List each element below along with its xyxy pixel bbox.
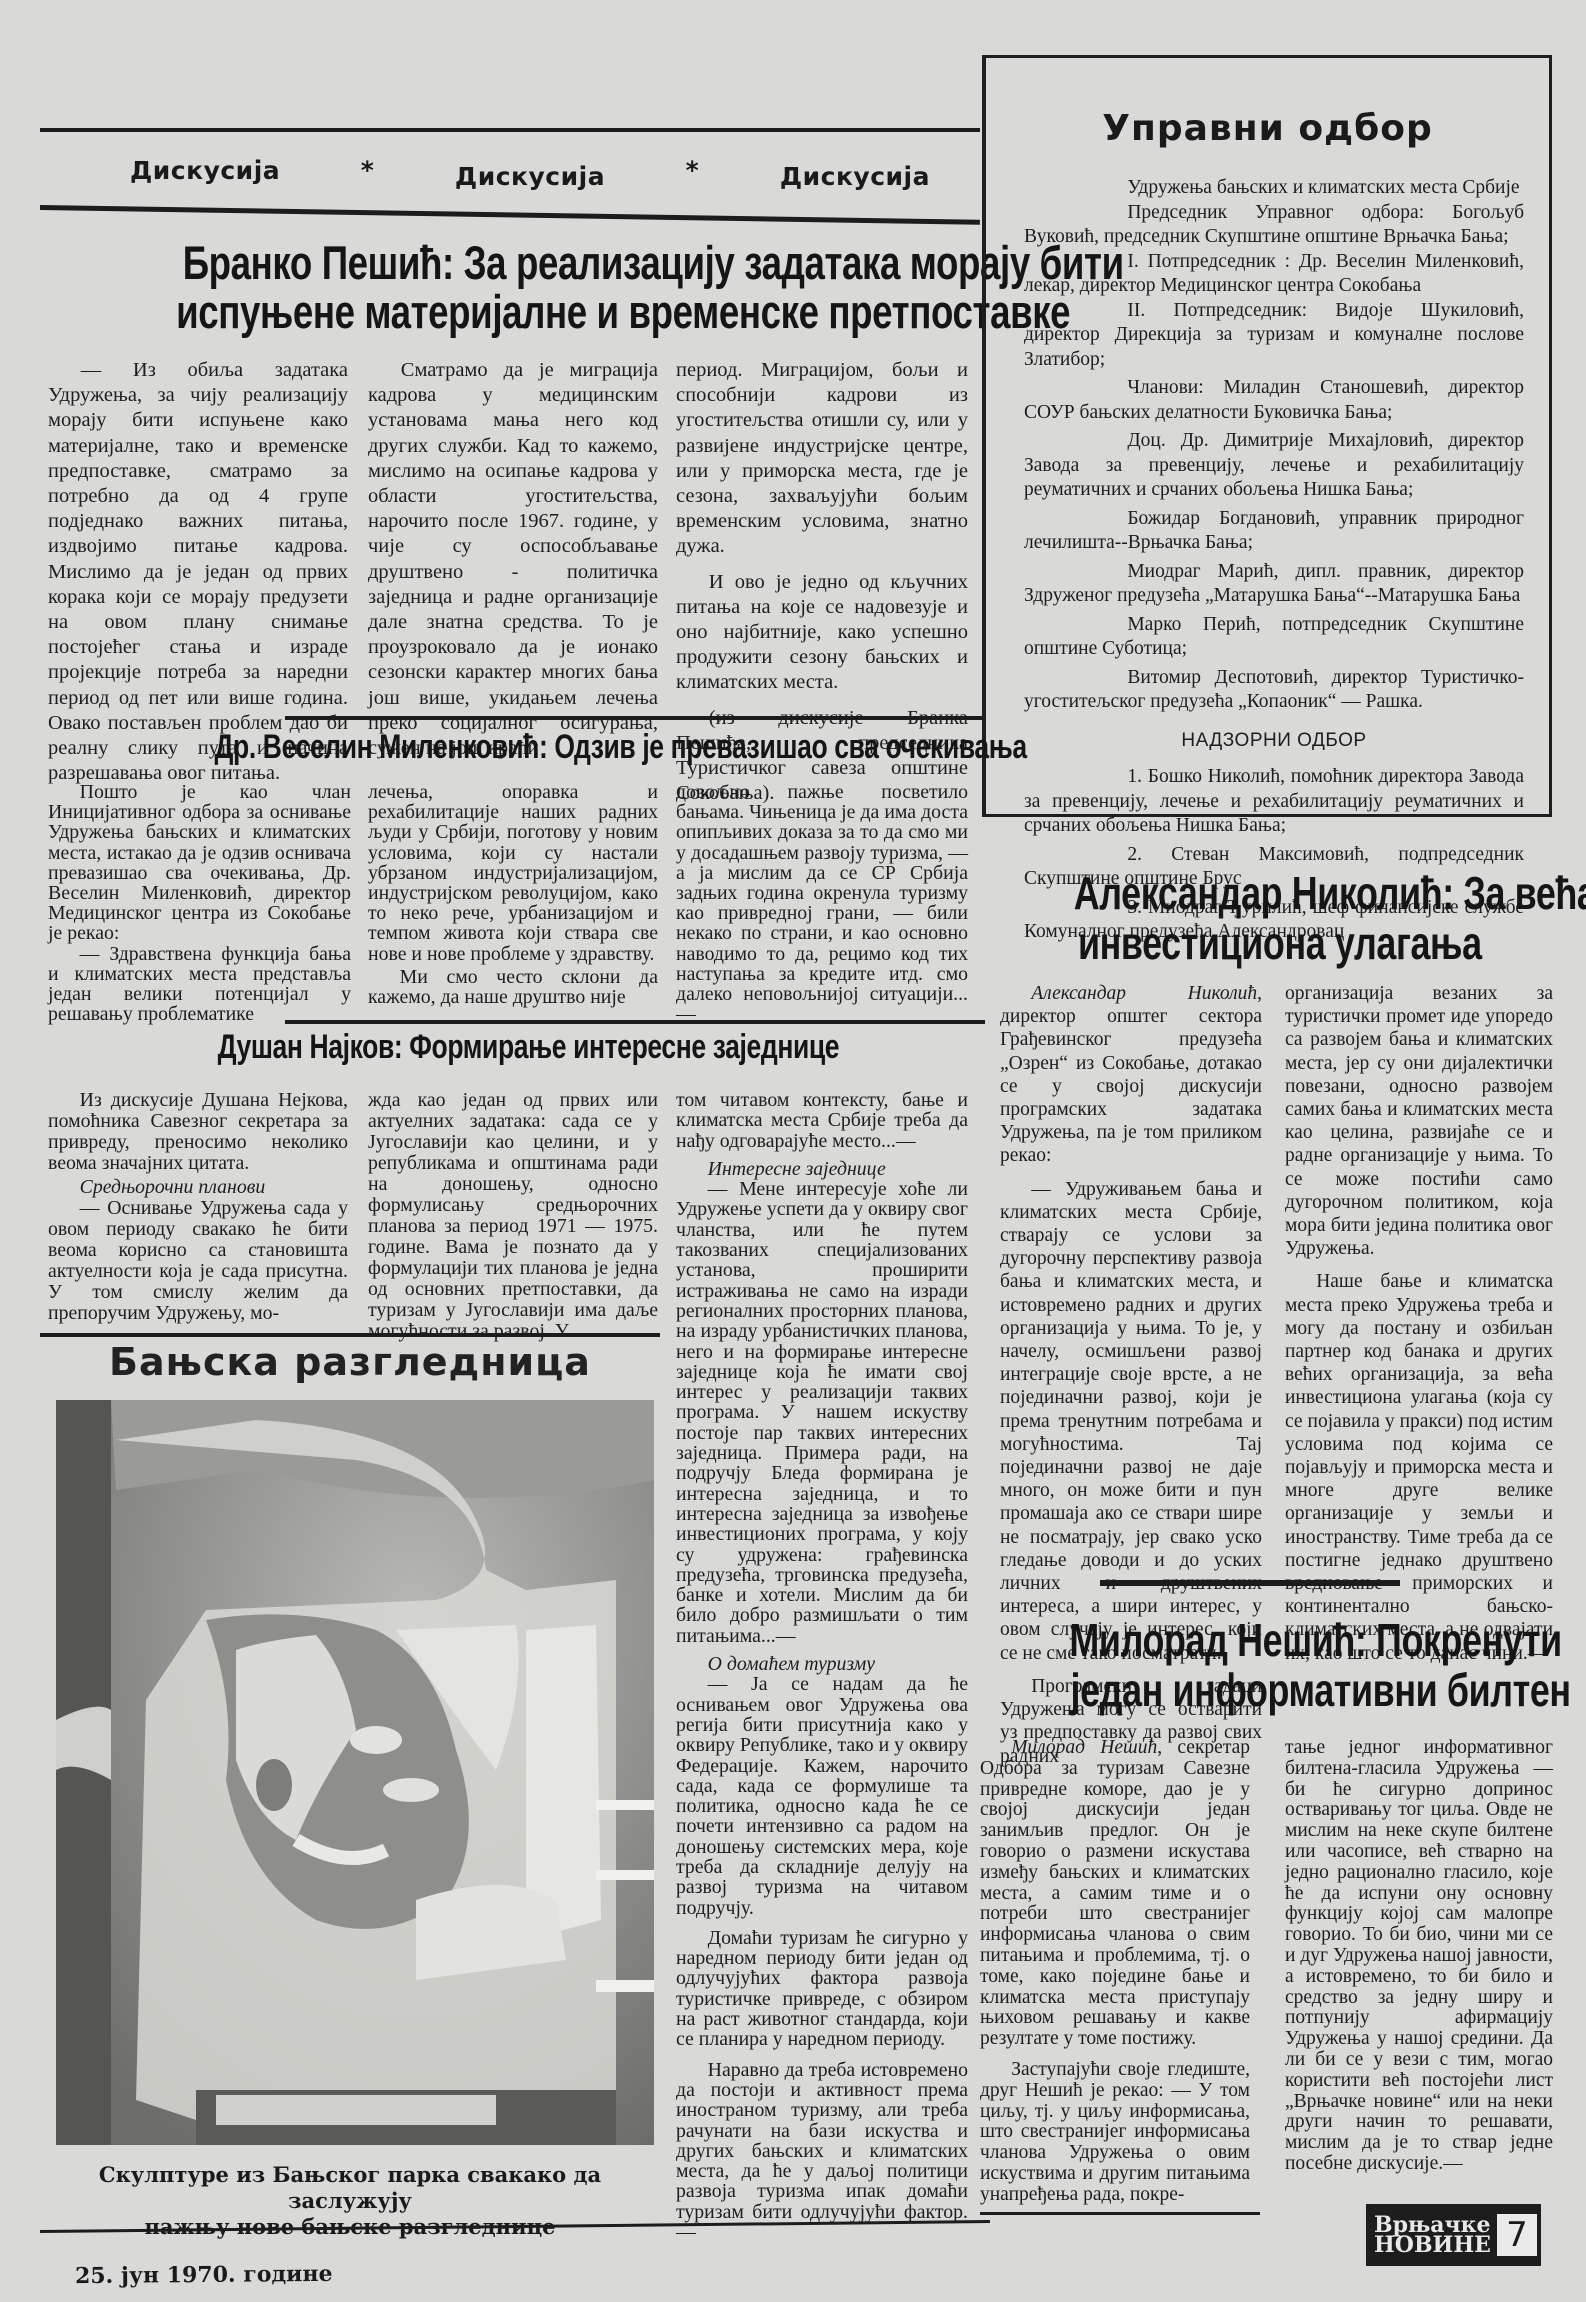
top-rule [40, 128, 980, 132]
paragraph: лечења, опоравка и рехабилитације наших … [368, 782, 658, 964]
sculpture-image-icon [56, 1400, 654, 2145]
board-entry: I. Потпредседник : Др. Веселин Миленкови… [1024, 250, 1524, 299]
board-entry: II. Потпредседник: Видоје Шукиловић, дир… [1024, 299, 1524, 373]
article2-headline: Др. Веселин Миленковић: Одзив је превази… [100, 730, 970, 766]
paragraph: — Оснивање Удружења сада у овом периоду … [48, 1198, 348, 1324]
masthead-line: НОВИНЕ [1374, 2235, 1491, 2255]
article2-column-2: лечења, опоравка и рехабилитације наших … [368, 782, 658, 1007]
article1-column-1: — Из обиља задатака Удружења, за чију ре… [48, 358, 348, 786]
subheading: Интересне заједнице [676, 1159, 968, 1179]
page-number: 7 [1497, 2214, 1537, 2256]
paragraph-text: , директор општег сектора Грађевинског п… [1000, 983, 1262, 1166]
paragraph: довољно пажње посветило бањама. Чињеница… [676, 782, 968, 1024]
star-separator-icon: * [361, 156, 375, 185]
board-entry: Миодраг Марић, дипл. правник, директор З… [1024, 560, 1524, 609]
newspaper-masthead: Врњачке НОВИНЕ 7 [1366, 2204, 1541, 2266]
paragraph: период. Миграцијом, бољи и способнији ка… [676, 358, 968, 560]
banner-rule [40, 205, 980, 225]
section-rule [1100, 1580, 1400, 1586]
board-entry: Доц. Др. Димитрије Михајловић, директор … [1024, 429, 1524, 503]
section-banner: Дискусија * Дискусија * Дискусија [130, 140, 930, 200]
article4-headline: Александар Николић: За већа инвестициона… [1000, 868, 1560, 968]
section-rule [285, 1020, 985, 1024]
board-entry: Витомир Деспотовић, директор Туристичко-… [1024, 666, 1524, 715]
article5-column-2: тање једног информативног билтена-гласил… [1285, 1738, 1553, 2175]
article5-headline: Милорад Нешић: Покренути један информати… [1000, 1615, 1560, 1715]
supervisory-entry: 1. Бошко Николић, помоћник директора Зав… [1024, 765, 1524, 839]
paragraph: Наравно да треба истовремено да постоји … [676, 2060, 968, 2243]
paragraph: Из дискусије Душана Нејкова, помоћника С… [48, 1090, 348, 1174]
paragraph: Домаћи туризам ће сигурно у наредном пер… [676, 1928, 968, 2050]
article5-column-1: Милорад Нешић, секретар Одбора за туриза… [980, 1738, 1250, 2206]
article1-headline: Бранко Пешић: За реализацију задатака мо… [50, 238, 970, 337]
paragraph: Ми смо често склони да кажемо, да наше д… [368, 967, 658, 1007]
headline-line: Милорад Нешић: Покренути [1069, 1615, 1561, 1665]
article3-column-2: жда као један од првих или актуелних зад… [368, 1090, 658, 1342]
section-rule [980, 2212, 1260, 2215]
article3-column-3: том читавом контексту, бање и климатска … [676, 1090, 968, 2242]
caption-line: Скулптуре из Бањског парка свакако да за… [40, 2162, 660, 2214]
banner-label: Дискусија [130, 156, 280, 185]
paragraph: Александар Николић, директор општег сект… [1000, 982, 1262, 1168]
sculpture-photo [56, 1400, 654, 2145]
headline-line: испуњене материјалне и временске претпос… [176, 287, 1070, 336]
paragraph: — Здравствена функција бања и климатских… [48, 944, 351, 1025]
paragraph: Пошто је као члан Иницијативног одбора з… [48, 782, 351, 944]
section-rule [285, 716, 985, 720]
speaker-name: Александар Николић [1031, 983, 1257, 1004]
board-box: Управни одбор Удружења бањских и климатс… [982, 55, 1552, 817]
board-entry: Удружења бањских и климатских места Срби… [1024, 176, 1524, 201]
board-entry: Марко Перић, потпредседник Скупштине опш… [1024, 613, 1524, 662]
paragraph: тање једног информативног билтена-гласил… [1285, 1738, 1553, 2175]
board-members: Удружења бањских и климатских места Срби… [1024, 176, 1524, 949]
paragraph: — Из обиља задатака Удружења, за чију ре… [48, 358, 348, 786]
supervisory-board-title: НАДЗОРНИ ОДБОР [1024, 729, 1524, 754]
banner-label: Дискусија [455, 162, 605, 191]
paragraph: — Мене интересује хоће ли Удружење успет… [676, 1179, 968, 1646]
paragraph: Сматрамо да је миграција кадрова у медиц… [368, 358, 658, 761]
article4-column-2: организација везаних за туристички проме… [1285, 982, 1553, 1665]
board-title: Управни одбор [986, 108, 1549, 149]
masthead-title: Врњачке НОВИНЕ [1374, 2215, 1491, 2255]
section-rule [40, 1333, 660, 1337]
paragraph: организација везаних за туристички проме… [1285, 982, 1553, 1260]
headline-line: инвестициона улагања [1078, 918, 1482, 968]
subheading: Средњорочни планови [48, 1177, 348, 1198]
headline-line: Душан Најков: Формирање интересне заједн… [218, 1030, 839, 1066]
paragraph: Милорад Нешић, секретар Одбора за туриза… [980, 1738, 1250, 2050]
banner-label: Дискусија [780, 162, 930, 191]
board-entry: Божидар Богдановић, управник природног л… [1024, 507, 1524, 556]
headline-line: један информативни билтен [1071, 1665, 1571, 1715]
article3-column-1: Из дискусије Душана Нејкова, помоћника С… [48, 1090, 348, 1324]
board-entry: Чланови: Миладин Станошевић, директор СО… [1024, 376, 1524, 425]
paragraph: жда као један од првих или актуелних зад… [368, 1090, 658, 1342]
issue-date: 25. јун 1970. године [75, 2261, 333, 2289]
paragraph-text: , секретар Одбора за туризам Савезне при… [980, 1737, 1250, 2049]
paragraph: том читавом контексту, бање и климатска … [676, 1090, 968, 1151]
paragraph: — Ја се надам да ће оснивањем овог Удруж… [676, 1674, 968, 1918]
article3-headline: Душан Најков: Формирање интересне заједн… [130, 1030, 870, 1066]
subheading: О домаћем туризму [676, 1654, 968, 1674]
paragraph: И ово је једно од кључних питања на које… [676, 570, 968, 696]
postcard-title: Бањска разгледница [40, 1340, 660, 1384]
speaker-name: Милорад Нешић [1011, 1737, 1157, 1758]
paragraph: Наше бање и климатска места преко Удруже… [1285, 1270, 1553, 1664]
article2-column-1: Пошто је као члан Иницијативног одбора з… [48, 782, 351, 1024]
headline-line: Александар Николић: За већа [1074, 868, 1586, 918]
article1-column-2: Сматрамо да је миграција кадрова у медиц… [368, 358, 658, 761]
article2-column-3: довољно пажње посветило бањама. Чињеница… [676, 782, 968, 1024]
paragraph: — Удруживањем бања и климатских места Ср… [1000, 1178, 1262, 1665]
star-separator-icon: * [686, 156, 700, 185]
paragraph: Заступајући своје гледиште, друг Нешић ј… [980, 2060, 1250, 2206]
headline-line: Др. Веселин Миленковић: Одзив је превази… [215, 730, 1027, 766]
board-entry: Председник Управног одбора: Богољуб Вуко… [1024, 201, 1524, 250]
